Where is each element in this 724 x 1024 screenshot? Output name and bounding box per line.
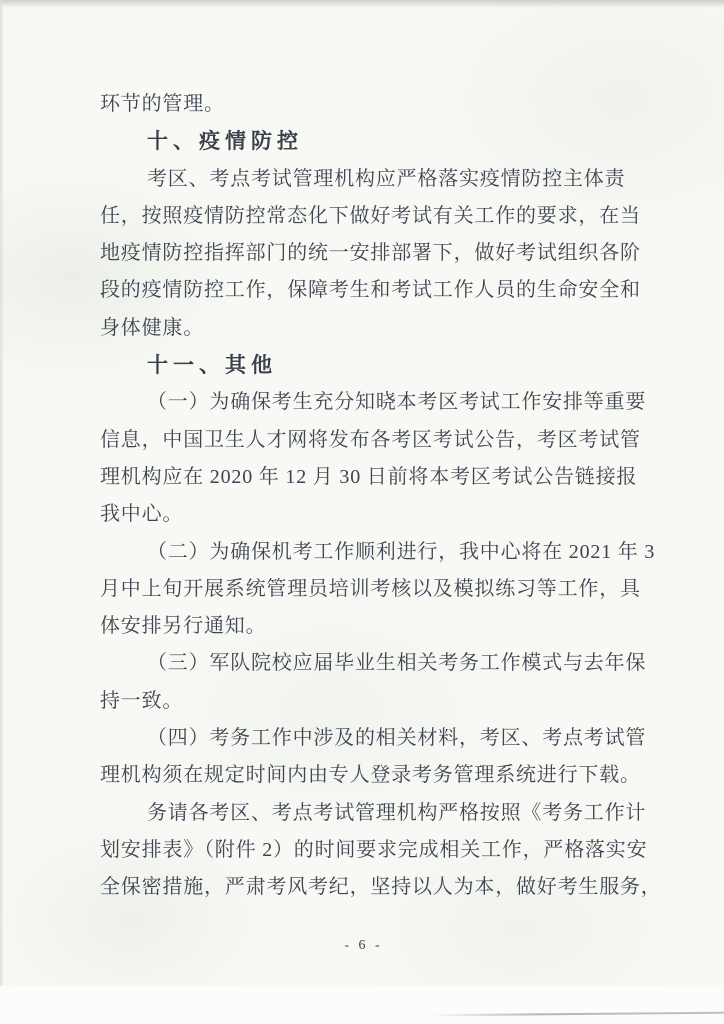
document-line: 划安排表》（附件 2）的时间要求完成相关工作，严格落实安 [100, 832, 627, 869]
document-line: 环节的管理。 [100, 86, 627, 123]
scan-left-edge [0, 0, 4, 1024]
document-line: 务请各考区、考点考试管理机构严格按照《考务工作计 [100, 795, 627, 832]
document-line: 体安排另行通知。 [100, 608, 627, 645]
document-line: （四）考务工作中涉及的相关材料，考区、考点考试管 [100, 720, 627, 757]
document-line: 理机构应在 2020 年 12 月 30 日前将本考区考试公告链接报 [100, 459, 627, 496]
scan-top-edge [0, 0, 724, 8]
section-heading: 十一、其他 [100, 347, 627, 384]
document-line: 考区、考点考试管理机构应严格落实疫情防控主体责 [100, 161, 627, 198]
document-line: （三）军队院校应届毕业生相关考务工作模式与去年保 [100, 645, 627, 682]
document-line: 任，按照疫情防控常态化下做好考试有关工作的要求，在当 [100, 198, 627, 235]
scanned-document-page: 环节的管理。十、疫情防控考区、考点考试管理机构应严格落实疫情防控主体责任，按照疫… [0, 0, 724, 1024]
document-line: 持一致。 [100, 683, 627, 720]
section-heading: 十、疫情防控 [100, 123, 627, 160]
document-line: （二）为确保机考工作顺利进行，我中心将在 2021 年 3 [100, 534, 627, 571]
page-number: - 6 - [100, 938, 627, 954]
page-bottom-margin [0, 986, 724, 1024]
document-line: 理机构须在规定时间内由专人登录考务管理系统进行下载。 [100, 757, 627, 794]
document-line: 地疫情防控指挥部门的统一安排部署下，做好考试组织各阶 [100, 235, 627, 272]
document-line: （一）为确保考生充分知晓本考区考试工作安排等重要 [100, 384, 627, 421]
document-line: 身体健康。 [100, 310, 627, 347]
document-line: 我中心。 [100, 496, 627, 533]
document-line: 段的疫情防控工作，保障考生和考试工作人员的生命安全和 [100, 272, 627, 309]
document-line: 全保密措施，严肃考风考纪，坚持以人为本，做好考生服务， [100, 869, 627, 906]
document-line: 月中上旬开展系统管理员培训考核以及模拟练习等工作，具 [100, 571, 627, 608]
document-lines: 环节的管理。十、疫情防控考区、考点考试管理机构应严格落实疫情防控主体责任，按照疫… [100, 86, 627, 907]
document-line: 信息，中国卫生人才网将发布各考区考试公告，考区考试管 [100, 422, 627, 459]
